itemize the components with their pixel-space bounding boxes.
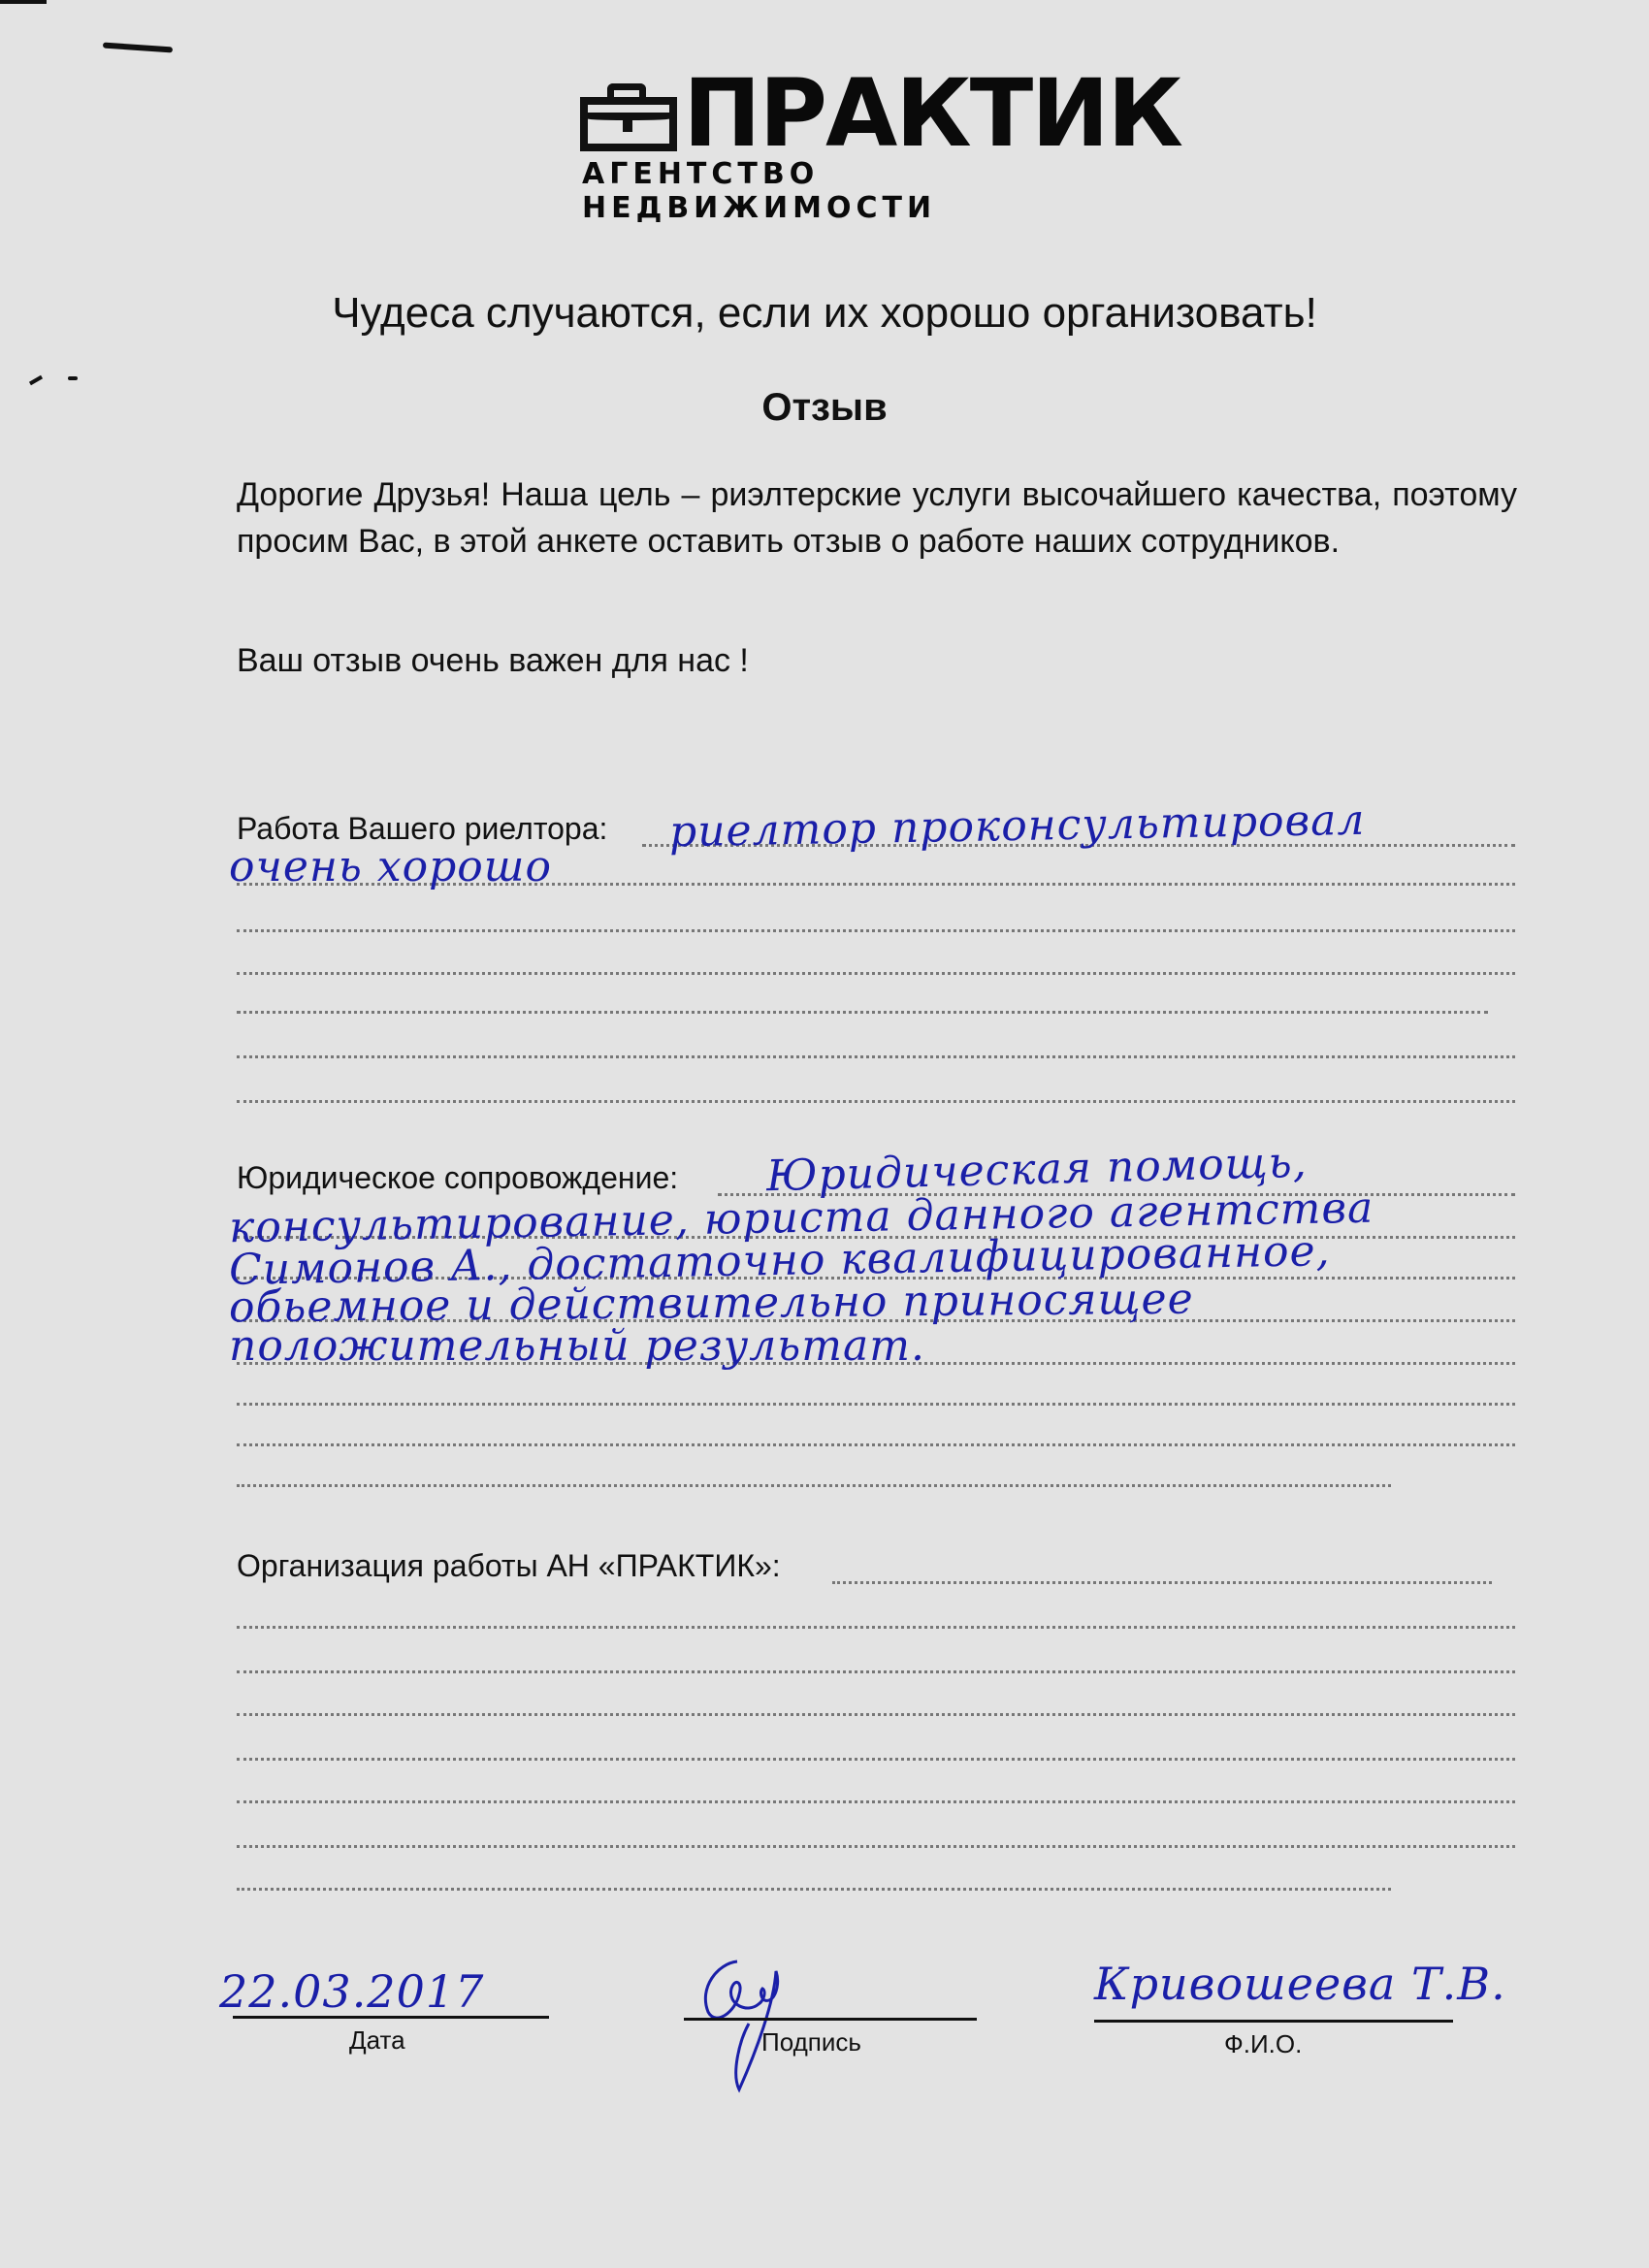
important-note: Ваш отзыв очень важен для нас ! (237, 642, 749, 680)
dotted-line (237, 1011, 1488, 1014)
slogan: Чудеса случаются, если их хорошо организ… (0, 289, 1649, 338)
answer-field[interactable] (832, 1581, 1492, 1584)
logo-name: ПРАКТИК (683, 76, 1181, 151)
date-line (233, 2016, 549, 2019)
handwritten-answer-line: очень хорошо (229, 842, 552, 891)
answer-field[interactable] (237, 1713, 1515, 1716)
dotted-line (237, 972, 1515, 975)
date-value: 22.03.2017 (219, 1965, 484, 2018)
dotted-line (237, 1055, 1515, 1058)
scan-mark (103, 42, 173, 52)
section-label-legal: Юридическое сопровождение: (237, 1160, 678, 1196)
answer-field[interactable] (237, 1758, 1515, 1761)
dotted-line (237, 1403, 1515, 1406)
dotted-line (237, 1100, 1515, 1103)
handwritten-answer-line: риелтор проконсультировал (669, 795, 1366, 858)
signature-scribble (679, 1944, 795, 2099)
handwritten-answer-line: положительный результат. (229, 1321, 925, 1371)
company-logo: ПРАКТИК АГЕНТСТВО НЕДВИЖИМОСТИ (580, 76, 1181, 202)
scan-speck (68, 376, 78, 380)
answer-field[interactable] (237, 1800, 1515, 1803)
dotted-line (237, 1443, 1515, 1446)
signature-caption: Подпись (761, 2027, 861, 2057)
answer-field[interactable] (237, 1888, 1391, 1891)
answer-field[interactable] (237, 1845, 1515, 1848)
scan-speck (29, 375, 43, 385)
section-label-organization: Организация работы АН «ПРАКТИК»: (237, 1548, 781, 1584)
full-name-line (1094, 2020, 1453, 2023)
full-name-value: Кривошеева Т.В. (1094, 1958, 1506, 2010)
signature-line (684, 2018, 977, 2021)
dotted-line (237, 929, 1515, 932)
dotted-line (237, 1484, 1391, 1487)
answer-field[interactable] (237, 1670, 1515, 1673)
page-title: Отзыв (0, 386, 1649, 430)
full-name-caption: Ф.И.О. (1224, 2029, 1302, 2059)
answer-field[interactable] (237, 1626, 1515, 1629)
scan-edge-mark (0, 0, 47, 4)
intro-paragraph: Дорогие Друзья! Наша цель – риэлтерские … (237, 471, 1517, 565)
briefcase-icon (580, 83, 673, 151)
date-caption: Дата (349, 2025, 405, 2056)
